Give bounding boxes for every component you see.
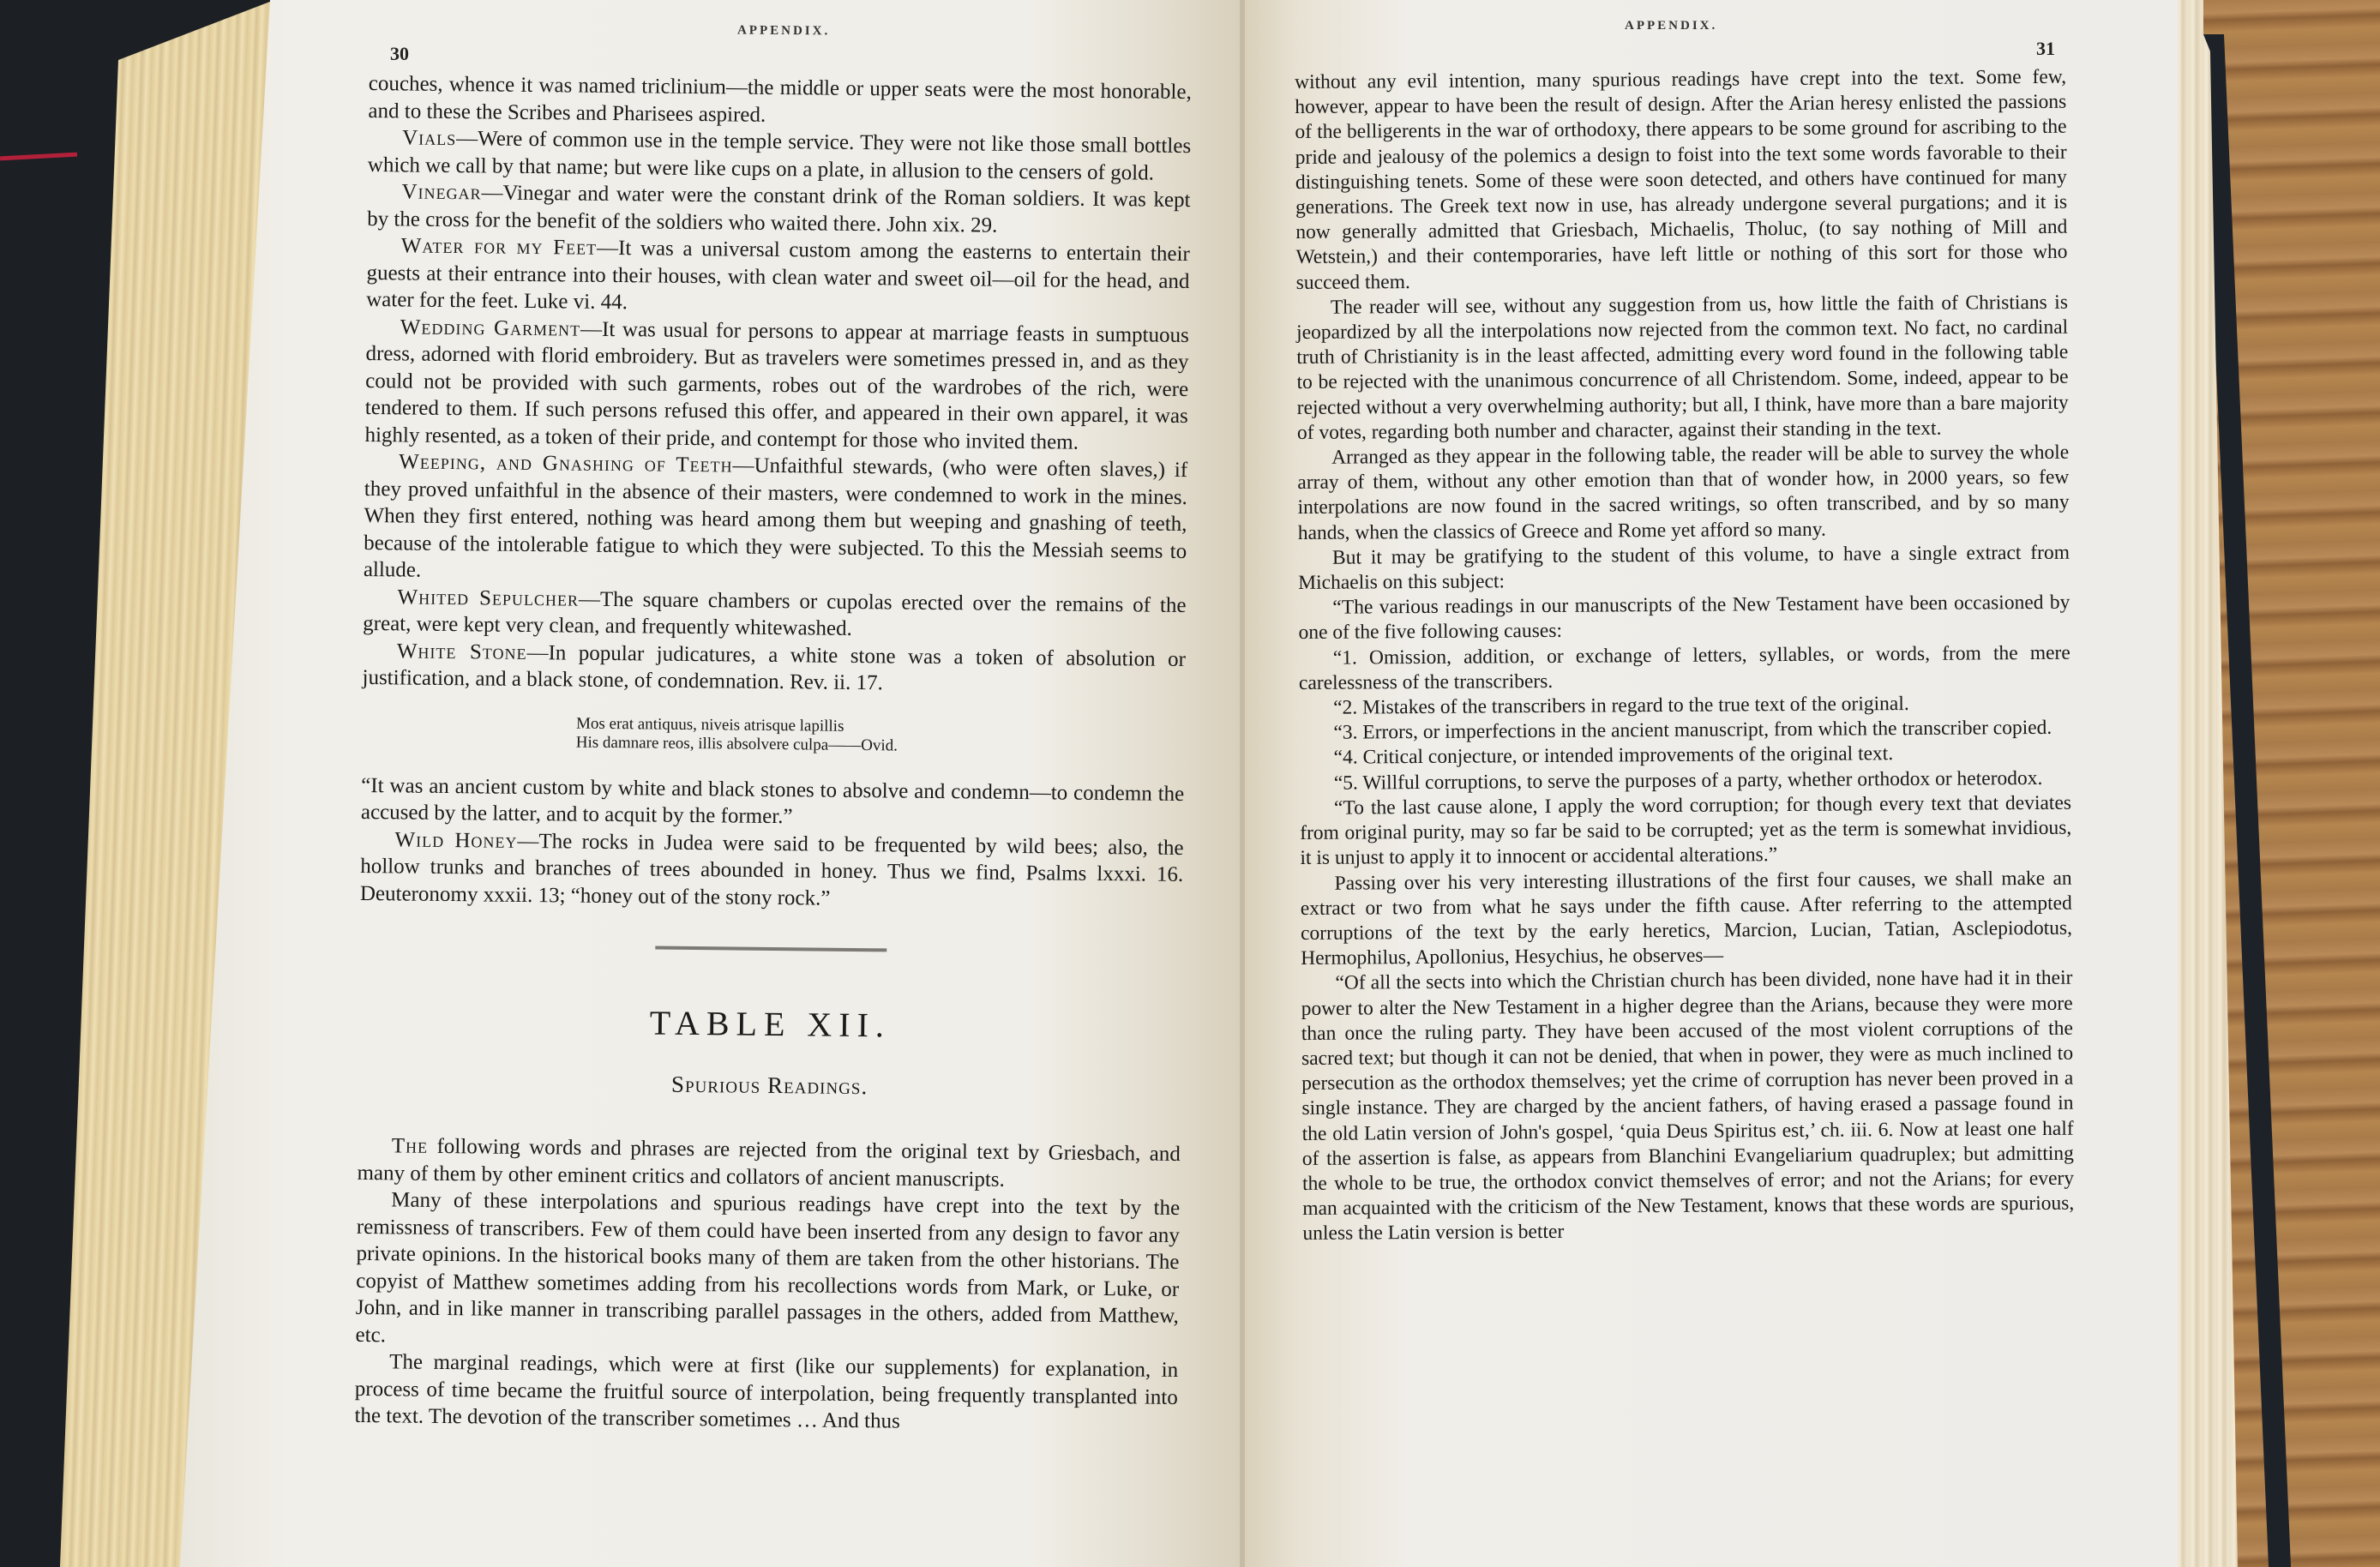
paragraph-text: “4. Critical conjecture, or intended imp… (1334, 743, 1894, 770)
paragraph-text: “Of all the sects into which the Christi… (1301, 967, 2075, 1245)
paragraph: Vinegar—Vinegar and water were the const… (367, 178, 1191, 241)
entry-heading: Vials (402, 126, 456, 150)
paragraph: The following words and phrases are reje… (357, 1132, 1181, 1195)
paragraph-text: Many of these interpolations and spuriou… (355, 1188, 1180, 1346)
paragraph-text: “3. Errors, or imperfections in the anci… (1333, 717, 2052, 744)
paragraph: Passing over his very interesting illust… (1301, 866, 2073, 971)
paragraph-text: Arranged as they appear in the following… (1297, 441, 2069, 544)
paragraph: The reader will see, without any suggest… (1296, 291, 2069, 446)
paragraph: “It was an ancient custom by white and b… (361, 771, 1185, 834)
entry-heading: Water for my Feet (401, 234, 598, 259)
paragraph: without any evil intention, many spuriou… (1295, 65, 2068, 296)
lead-word: The (392, 1134, 429, 1157)
paragraph-text: “The various readings in our manuscripts… (1298, 591, 2070, 644)
paragraph: “The various readings in our manuscripts… (1298, 591, 2070, 646)
left-page-number: 30 (390, 43, 409, 65)
entry-heading: Wild Honey (394, 828, 517, 852)
paragraph: couches, whence it was named triclinium—… (368, 70, 1192, 133)
paragraph: But it may be gratifying to the student … (1298, 541, 2070, 597)
paragraph-text: without any evil intention, many spuriou… (1295, 66, 2068, 294)
spurious-readings-intro: The following words and phrases are reje… (354, 1132, 1181, 1438)
right-page-body: without any evil intention, many spuriou… (1295, 65, 2075, 1247)
entry-heading: Wedding Garment (400, 315, 581, 340)
left-entries: couches, whence it was named triclinium—… (362, 70, 1192, 700)
paragraph: Wedding Garment—It was usual for persons… (364, 313, 1189, 457)
right-running-head: APPENDIX. (1625, 19, 1717, 33)
paragraph: The marginal readings, which were at fir… (354, 1348, 1178, 1438)
paragraph: “Of all the sects into which the Christi… (1301, 966, 2074, 1247)
paragraph-text: The reader will see, without any suggest… (1296, 291, 2069, 444)
right-paragraphs: without any evil intention, many spuriou… (1295, 65, 2075, 1247)
entry-heading: Vinegar (401, 180, 481, 204)
left-running-head: APPENDIX. (737, 24, 830, 39)
paragraph-text: “2. Mistakes of the transcribers in rega… (1333, 693, 1909, 719)
paragraph-text: following words and phrases are rejected… (357, 1135, 1181, 1192)
paragraph-text: —Vinegar and water were the constant dri… (367, 181, 1191, 237)
paragraph-text: But it may be gratifying to the student … (1298, 542, 2070, 594)
paragraph-text: “It was an ancient custom by white and b… (361, 773, 1185, 828)
paragraph-text: Passing over his very interesting illust… (1301, 867, 2072, 970)
paragraph-text: “To the last cause alone, I apply the wo… (1300, 792, 2071, 870)
paragraph-text: “1. Omission, addition, or exchange of l… (1299, 641, 2070, 693)
paragraph-text: “5. Willful corruptions, to serve the pu… (1334, 767, 2043, 795)
paragraph: Arranged as they appear in the following… (1297, 441, 2070, 546)
paragraph-text: The marginal readings, which were at fir… (354, 1350, 1178, 1432)
entry-heading: Whited Sepulcher (397, 585, 579, 610)
paragraph: Vials—Were of common use in the temple s… (368, 124, 1192, 187)
paragraph: Whited Sepulcher—The square chambers or … (363, 583, 1187, 645)
paragraph: Many of these interpolations and spuriou… (355, 1186, 1180, 1357)
table-title: TABLE XII. (358, 1006, 1181, 1042)
paragraph: Water for my Feet—It was a universal cus… (366, 232, 1190, 322)
paragraph-text: couches, whence it was named triclinium—… (368, 72, 1192, 126)
left-entries-continued: “It was an ancient custom by white and b… (360, 771, 1185, 916)
left-page-body: couches, whence it was named triclinium—… (354, 70, 1192, 1438)
paragraph: Wild Honey—The rocks in Judea were said … (360, 826, 1184, 916)
paragraph: “1. Omission, addition, or exchange of l… (1299, 640, 2070, 696)
paragraph-text: —Were of common use in the temple servic… (368, 127, 1192, 184)
paragraph: Weeping, and Gnashing of Teeth—Unfaithfu… (364, 448, 1188, 592)
entry-heading: White Stone (397, 639, 527, 664)
right-page-number: 31 (2036, 38, 2055, 60)
paragraph: “To the last cause alone, I apply the wo… (1300, 791, 2072, 872)
section-divider (655, 946, 886, 952)
entry-heading: Weeping, and Gnashing of Teeth (399, 450, 733, 477)
paragraph: White Stone—In popular judicatures, a wh… (362, 637, 1186, 699)
book-gutter (1240, 0, 1245, 1567)
table-subtitle: Spurious Readings. (358, 1067, 1181, 1103)
ovid-quotation: Mos erat antiquus, niveis atrisque lapil… (576, 714, 1185, 758)
